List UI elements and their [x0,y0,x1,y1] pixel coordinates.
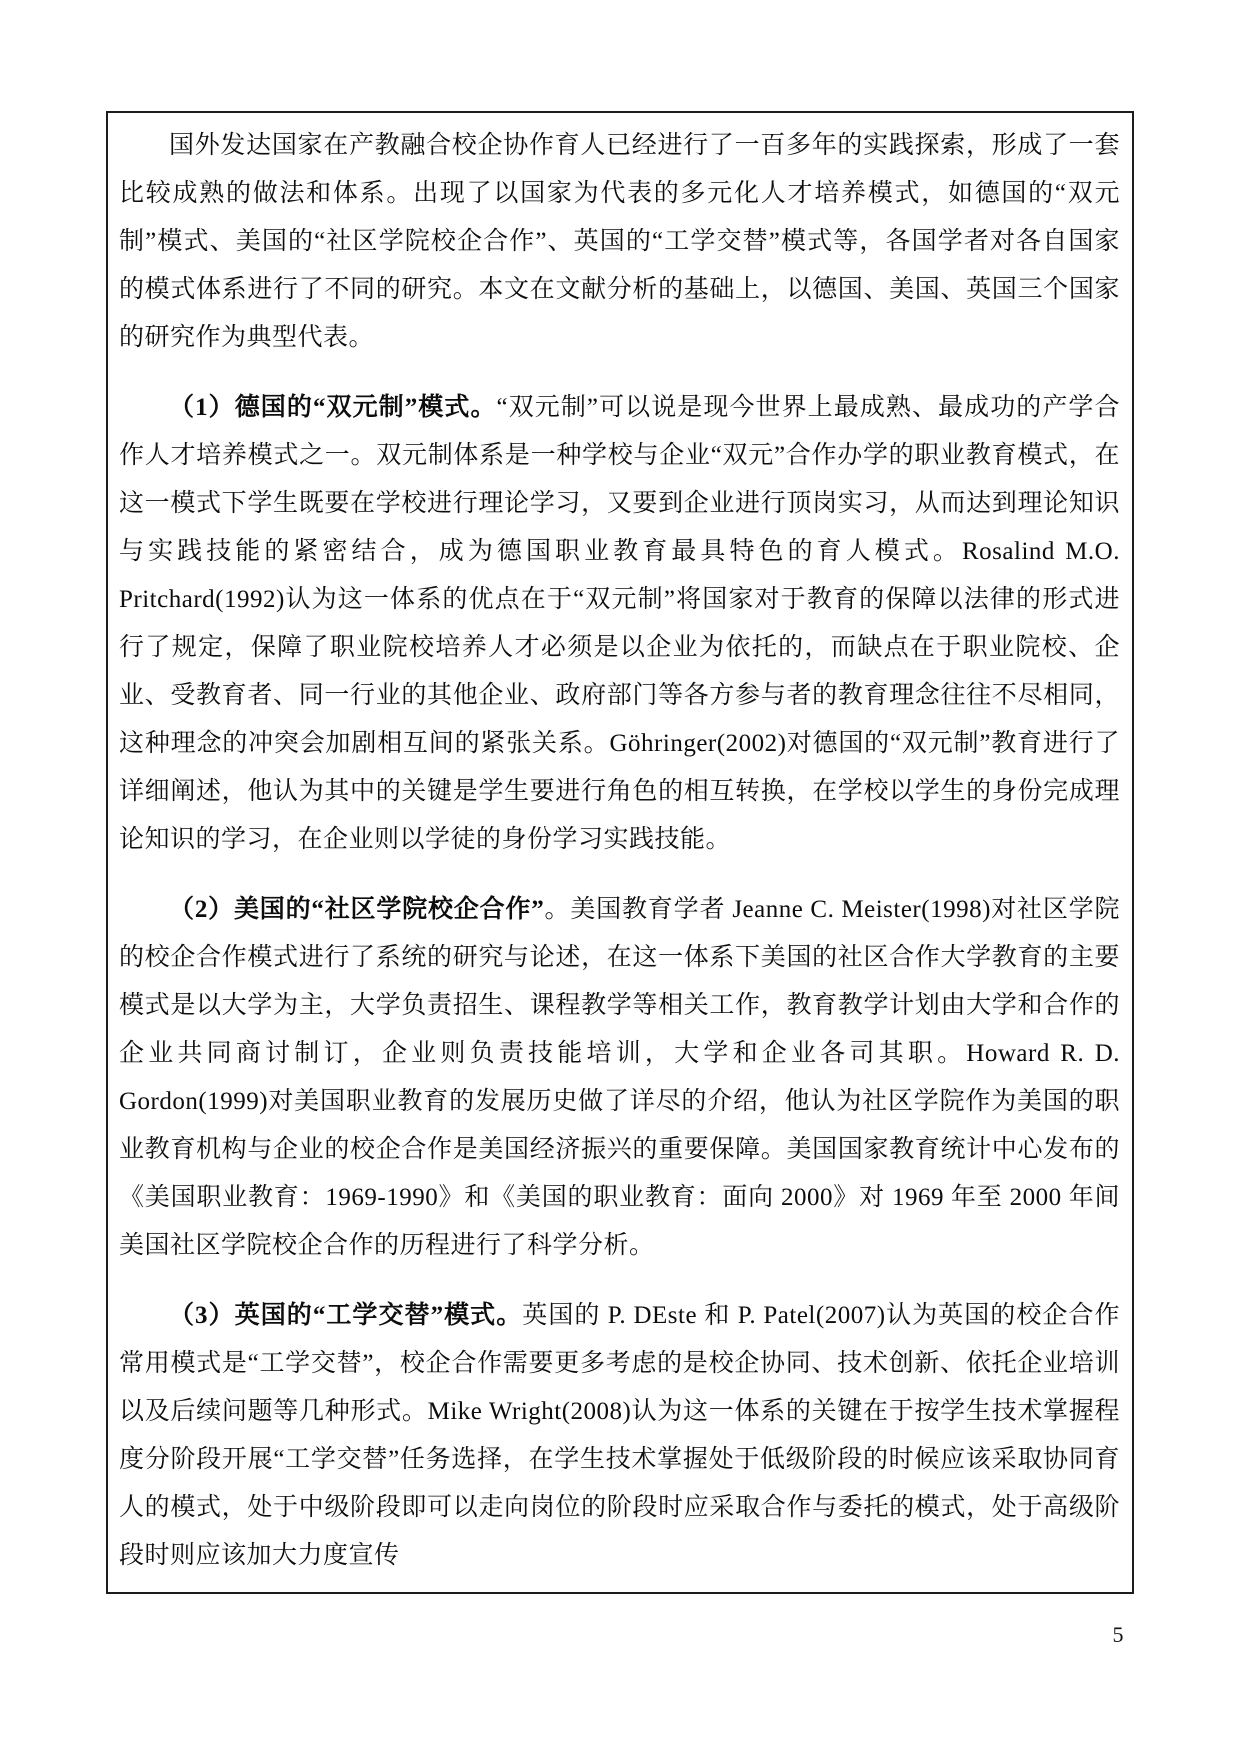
paragraph-usa-community-college: （2）美国的“社区学院校企合作”。美国教育学者 Jeanne C. Meiste… [119,886,1120,1270]
page-number: 5 [1100,1622,1136,1648]
paragraph-germany-dual-system: （1）德国的“双元制”模式。“双元制”可以说是现今世界上最成熟、最成功的产学合作… [119,384,1120,864]
paragraph-text: “双元制”可以说是现今世界上最成熟、最成功的产学合作人才培养模式之一。双元制体系… [119,394,1120,853]
paragraph-uk-work-study: （3）英国的“工学交替”模式。英国的 P. DEste 和 P. Patel(2… [119,1292,1120,1580]
paragraph-heading: （3）英国的“工学交替”模式。 [169,1302,522,1329]
paragraph-text: 国外发达国家在产教融合校企协作育人已经进行了一百多年的实践探索，形成了一套比较成… [119,132,1120,351]
paragraph-heading: （2）美国的“社区学院校企合作” [169,896,544,923]
paragraph-heading: （1）德国的“双元制”模式。 [169,394,497,421]
paragraph-text: 。美国教育学者 Jeanne C. Meister(1998)对社区学院的校企合… [119,896,1120,1259]
paragraph-intro: 国外发达国家在产教融合校企协作育人已经进行了一百多年的实践探索，形成了一套比较成… [119,122,1120,362]
content-box: 国外发达国家在产教融合校企协作育人已经进行了一百多年的实践探索，形成了一套比较成… [106,111,1134,1594]
paragraph-text: 英国的 P. DEste 和 P. Patel(2007)认为英国的校企合作常用… [119,1302,1120,1569]
document-page: 国外发达国家在产教融合校企协作育人已经进行了一百多年的实践探索，形成了一套比较成… [0,0,1240,1753]
